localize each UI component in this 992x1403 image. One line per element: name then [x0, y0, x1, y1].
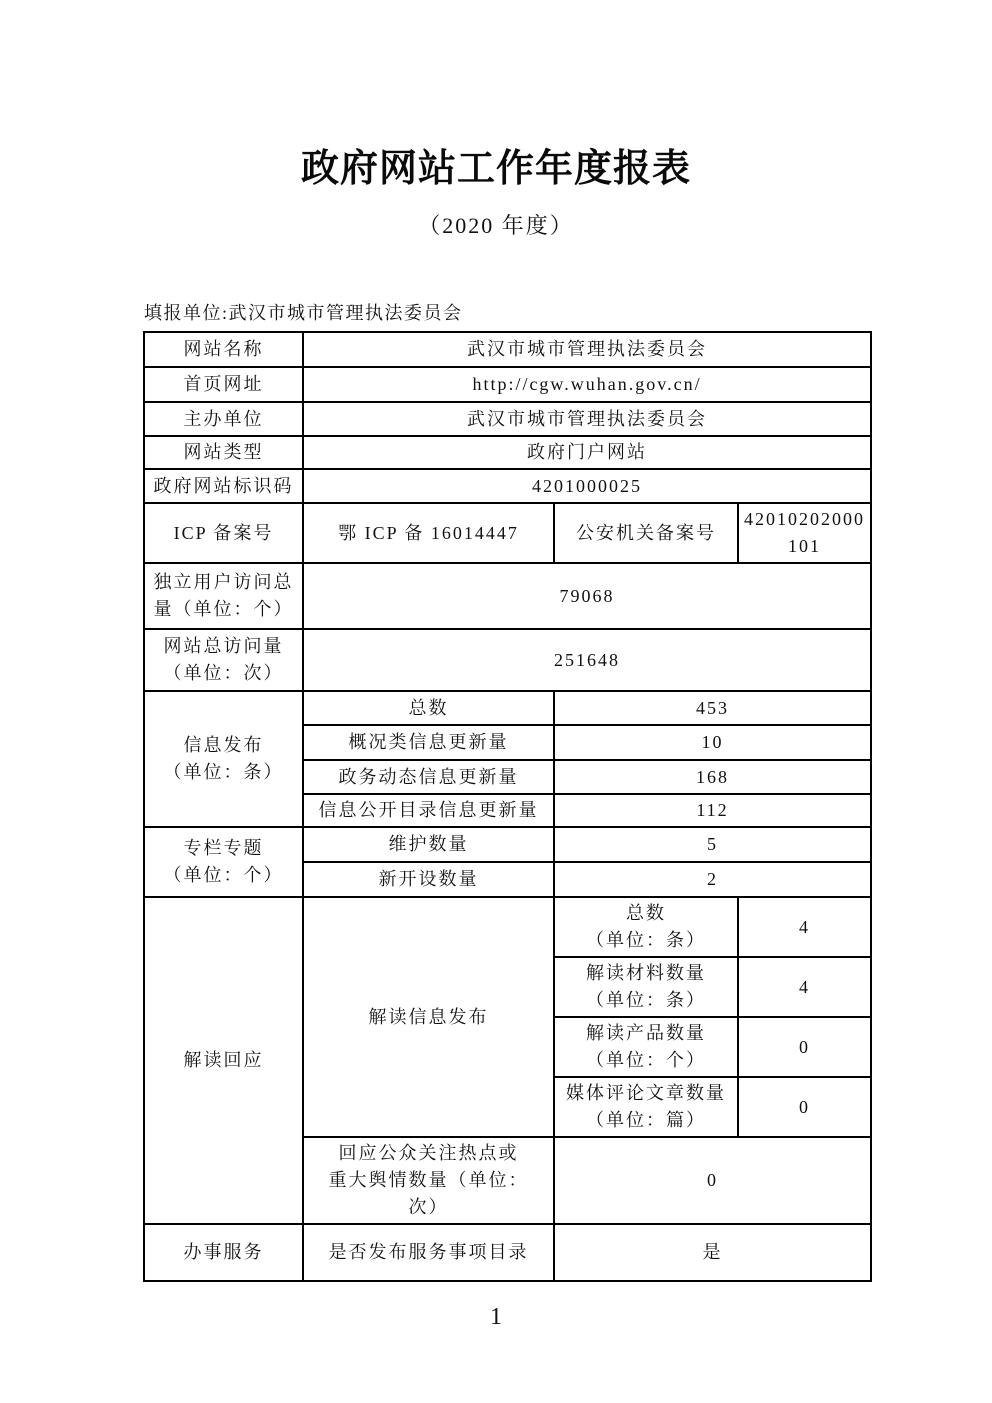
site-code-value: 4201000025 [303, 469, 871, 503]
unique-visitors-value: 79068 [303, 563, 871, 629]
site-name-label: 网站名称 [144, 332, 303, 367]
annual-report-table: 网站名称 武汉市城市管理执法委员会 首页网址 http://cgw.wuhan.… [143, 331, 872, 1282]
info-publish-dynamic-label: 政务动态信息更新量 [303, 760, 554, 794]
site-name-value: 武汉市城市管理执法委员会 [303, 332, 871, 367]
interpretation-material-value: 4 [738, 957, 871, 1017]
table-row: 网站名称 武汉市城市管理执法委员会 [144, 332, 871, 367]
info-publish-catalog-value: 112 [554, 794, 871, 827]
table-row: 专栏专题 （单位：个） 维护数量 5 [144, 827, 871, 862]
table-row: 主办单位 武汉市城市管理执法委员会 [144, 402, 871, 436]
interpretation-label: 解读回应 [144, 897, 303, 1224]
table-row: 办事服务 是否发布服务事项目录 是 [144, 1224, 871, 1281]
police-record-label: 公安机关备案号 [554, 503, 738, 563]
service-label: 办事服务 [144, 1224, 303, 1281]
document-page: { "page": { "title": "政府网站工作年度报表", "subt… [0, 0, 992, 1403]
icp-label: ICP 备案号 [144, 503, 303, 563]
page-number: 1 [0, 1304, 992, 1331]
police-record-value: 42010202000101 [738, 503, 871, 563]
table-row: 解读回应 解读信息发布 总数 （单位：条） 4 [144, 897, 871, 957]
interpretation-product-value: 0 [738, 1017, 871, 1077]
home-url-value: http://cgw.wuhan.gov.cn/ [303, 367, 871, 402]
site-code-label: 政府网站标识码 [144, 469, 303, 503]
unique-visitors-label: 独立用户访问总 量（单位：个） [144, 563, 303, 629]
total-visits-value: 251648 [303, 629, 871, 691]
hot-response-label: 回应公众关注热点或 重大舆情数量（单位： 次） [303, 1137, 554, 1224]
table-row: 政府网站标识码 4201000025 [144, 469, 871, 503]
hot-response-value: 0 [554, 1137, 871, 1224]
interpretation-product-label: 解读产品数量 （单位：个） [554, 1017, 738, 1077]
home-url-label: 首页网址 [144, 367, 303, 402]
service-directory-label: 是否发布服务事项目录 [303, 1224, 554, 1281]
interpretation-media-value: 0 [738, 1077, 871, 1137]
special-columns-new-label: 新开设数量 [303, 862, 554, 897]
info-publish-overview-label: 概况类信息更新量 [303, 725, 554, 760]
organizer-label: 主办单位 [144, 402, 303, 436]
info-publish-dynamic-value: 168 [554, 760, 871, 794]
info-publish-total-label: 总数 [303, 691, 554, 725]
interpretation-media-label: 媒体评论文章数量 （单位：篇） [554, 1077, 738, 1137]
site-type-label: 网站类型 [144, 436, 303, 469]
special-columns-label: 专栏专题 （单位：个） [144, 827, 303, 897]
page-subtitle: （2020 年度） [0, 209, 992, 240]
info-publish-label: 信息发布 （单位：条） [144, 691, 303, 827]
page-title: 政府网站工作年度报表 [0, 137, 992, 192]
table-row: 网站总访问量 （单位：次） 251648 [144, 629, 871, 691]
service-directory-value: 是 [554, 1224, 871, 1281]
info-publish-overview-value: 10 [554, 725, 871, 760]
special-columns-new-value: 2 [554, 862, 871, 897]
interpretation-publish-label: 解读信息发布 [303, 897, 554, 1137]
table-row: 信息发布 （单位：条） 总数 453 [144, 691, 871, 725]
table-row: 首页网址 http://cgw.wuhan.gov.cn/ [144, 367, 871, 402]
interpretation-total-label: 总数 （单位：条） [554, 897, 738, 957]
info-publish-total-value: 453 [554, 691, 871, 725]
reporting-unit-line: 填报单位:武汉市城市管理执法委员会 [144, 299, 463, 325]
table-row: 网站类型 政府门户网站 [144, 436, 871, 469]
special-columns-maintain-label: 维护数量 [303, 827, 554, 862]
total-visits-label: 网站总访问量 （单位：次） [144, 629, 303, 691]
interpretation-material-label: 解读材料数量 （单位：条） [554, 957, 738, 1017]
site-type-value: 政府门户网站 [303, 436, 871, 469]
organizer-value: 武汉市城市管理执法委员会 [303, 402, 871, 436]
special-columns-maintain-value: 5 [554, 827, 871, 862]
info-publish-catalog-label: 信息公开目录信息更新量 [303, 794, 554, 827]
interpretation-total-value: 4 [738, 897, 871, 957]
icp-value: 鄂 ICP 备 16014447 [303, 503, 554, 563]
table-row: ICP 备案号 鄂 ICP 备 16014447 公安机关备案号 4201020… [144, 503, 871, 563]
table-row: 独立用户访问总 量（单位：个） 79068 [144, 563, 871, 629]
